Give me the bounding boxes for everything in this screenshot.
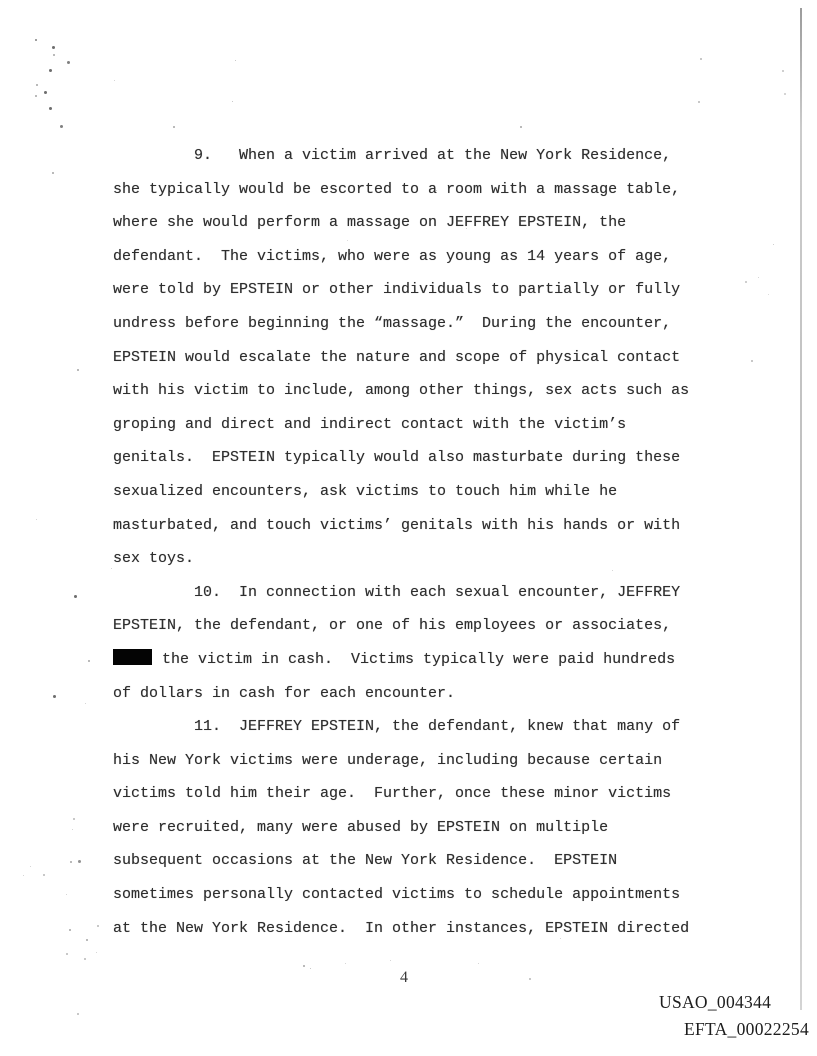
- scan-speck: [466, 228, 467, 229]
- scan-speck: [560, 938, 561, 939]
- text-line: undress before beginning the “massage.” …: [113, 307, 713, 341]
- scan-speck: [67, 61, 70, 64]
- text-line: at the New York Residence. In other inst…: [113, 912, 713, 946]
- scan-speck: [52, 172, 54, 174]
- scan-speck: [85, 703, 86, 704]
- scan-speck: [74, 595, 77, 598]
- scan-speck: [768, 294, 769, 295]
- scan-speck: [97, 925, 99, 927]
- scan-speck: [44, 91, 47, 94]
- scan-speck: [612, 570, 613, 571]
- text-line: EPSTEIN would escalate the nature and sc…: [113, 341, 713, 375]
- scan-speck: [303, 965, 305, 967]
- text-line: where she would perform a massage on JEF…: [113, 206, 713, 240]
- scan-speck: [66, 894, 67, 895]
- scan-speck: [751, 360, 753, 362]
- scan-speck: [30, 866, 31, 867]
- text-line-redacted: the victim in cash. Victims typically we…: [113, 643, 713, 677]
- scan-speck: [53, 54, 55, 56]
- text-line: sometimes personally contacted victims t…: [113, 878, 713, 912]
- text-line: of dollars in cash for each encounter.: [113, 677, 713, 711]
- scan-speck: [782, 70, 784, 72]
- scan-speck: [43, 874, 45, 876]
- scan-speck: [35, 39, 37, 41]
- scan-speck: [173, 126, 175, 128]
- scan-speck: [235, 60, 236, 61]
- scan-speck: [84, 958, 86, 960]
- scan-speck: [36, 84, 38, 86]
- scan-speck: [52, 46, 55, 49]
- scan-speck: [69, 929, 71, 931]
- text-line: victims told him their age. Further, onc…: [113, 777, 713, 811]
- text-line: she typically would be escorted to a roo…: [113, 173, 713, 207]
- scan-speck: [436, 190, 437, 191]
- scan-speck: [390, 960, 391, 961]
- scan-speck: [77, 369, 79, 371]
- document-body: 9. When a victim arrived at the New York…: [113, 139, 713, 945]
- scan-speck: [53, 695, 56, 698]
- text-line: 11. JEFFREY EPSTEIN, the defendant, knew…: [113, 710, 713, 744]
- scan-speck: [345, 963, 346, 964]
- scan-speck: [86, 939, 88, 941]
- scan-speck: [745, 281, 747, 283]
- scan-speck: [23, 875, 24, 876]
- text-line: sex toys.: [113, 542, 713, 576]
- scan-artifact-vertical-line: [800, 8, 802, 1010]
- text-line: genitals. EPSTEIN typically would also m…: [113, 441, 713, 475]
- scan-speck: [73, 818, 75, 820]
- text-line: his New York victims were underage, incl…: [113, 744, 713, 778]
- bates-stamp-efta: EFTA_00022254: [684, 1019, 809, 1040]
- scan-speck: [784, 93, 786, 95]
- scan-speck: [758, 277, 759, 278]
- page-number: 4: [400, 969, 408, 987]
- text-line: subsequent occasions at the New York Res…: [113, 844, 713, 878]
- text-line: 9. When a victim arrived at the New York…: [113, 139, 713, 173]
- text-line: sexualized encounters, ask victims to to…: [113, 475, 713, 509]
- scan-speck: [36, 519, 37, 520]
- scan-speck: [72, 829, 73, 830]
- scan-speck: [310, 968, 311, 969]
- text-line: EPSTEIN, the defendant, or one of his em…: [113, 609, 713, 643]
- scan-speck: [700, 58, 702, 60]
- scan-speck: [66, 953, 68, 955]
- scan-speck: [60, 125, 63, 128]
- scan-speck: [698, 101, 700, 103]
- text-line: groping and direct and indirect contact …: [113, 408, 713, 442]
- scan-speck: [49, 69, 52, 72]
- scan-speck: [111, 568, 112, 569]
- text-line: with his victim to include, among other …: [113, 374, 713, 408]
- text-line: were recruited, many were abused by EPST…: [113, 811, 713, 845]
- scan-speck: [529, 978, 531, 980]
- scan-speck: [78, 860, 81, 863]
- document-page: 9. When a victim arrived at the New York…: [0, 0, 817, 1056]
- scan-speck: [70, 861, 72, 863]
- scan-speck: [347, 240, 348, 241]
- scan-speck: [773, 244, 774, 245]
- scan-speck: [232, 101, 233, 102]
- text-line: defendant. The victims, who were as youn…: [113, 240, 713, 274]
- redaction-box: [113, 649, 152, 665]
- bates-stamp-usao: USAO_004344: [659, 992, 771, 1013]
- scan-speck: [520, 126, 522, 128]
- text-line-content: the victim in cash. Victims typically we…: [153, 651, 675, 668]
- scan-speck: [478, 963, 479, 964]
- text-line: 10. In connection with each sexual encou…: [113, 576, 713, 610]
- scan-speck: [49, 107, 52, 110]
- text-line: masturbated, and touch victims’ genitals…: [113, 509, 713, 543]
- scan-speck: [96, 952, 97, 953]
- text-line: were told by EPSTEIN or other individual…: [113, 273, 713, 307]
- scan-speck: [114, 80, 115, 81]
- scan-speck: [35, 95, 37, 97]
- scan-speck: [77, 1013, 79, 1015]
- scan-speck: [88, 660, 90, 662]
